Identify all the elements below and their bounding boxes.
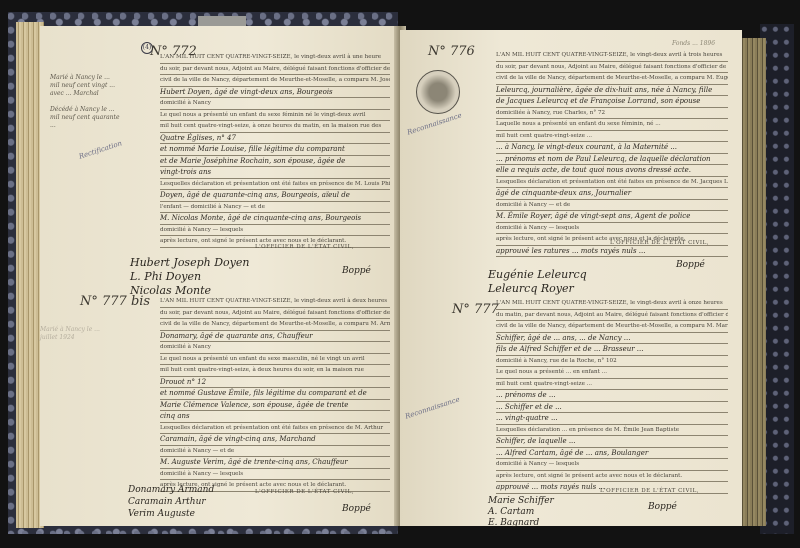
signatures: Hubert Joseph Doyen L. Phi Doyen Nicolas… [130,256,249,298]
officer-signature: Boppé [676,258,705,272]
margin-note: Décédé à Nancy le ... mil neuf cent quar… [50,106,120,130]
margin-stamp: Reconnaissance [406,111,463,136]
margin-stamp: Rectification [78,139,123,160]
officer-signature: Boppé [342,502,371,516]
official-seal [416,70,460,114]
entry-body: L'AN MIL HUIT CENT QUATRE-VINGT-SEIZE, l… [160,52,390,248]
officer-signature: Boppé [648,500,677,514]
entry-body: L'AN MIL HUIT CENT QUATRE-VINGT-SEIZE, l… [496,298,728,494]
signatures: Eugénie Leleurcq Leleurcq Royer [488,268,587,296]
left-page: (4) N° 772 Marié à Nancy le ... mil neuf… [40,26,400,526]
officer-label: L'OFFICIER DE L'ÉTAT CIVIL, [255,489,354,495]
entry-number: N° 777 [452,302,499,317]
margin-note: Marié à Nancy le ... mil neuf cent vingt… [50,74,120,98]
officer-label: L'OFFICIER DE L'ÉTAT CIVIL, [255,244,354,250]
signatures: Marie Schiffer A. Cartam E. Bagnard [488,496,554,529]
top-annotation: Fonds ... 1896 [672,40,715,47]
entry-number: N° 776 [428,44,475,59]
margin-note: Marié à Nancy le ... juillet 1924 [40,326,110,342]
page-edges-right [740,38,766,526]
officer-label: L'OFFICIER DE L'ÉTAT CIVIL, [600,488,699,494]
entry-number: N° 777 bis [80,294,150,309]
signatures: Donamary Armand Caramain Arthur Verim Au… [128,484,214,520]
margin-stamp: Reconnaissance [404,395,461,420]
officer-label: L'OFFICIER DE L'ÉTAT CIVIL, [610,240,709,246]
right-page: Fonds ... 1896 N° 776 Reconnaissance L'A… [400,30,742,526]
officer-signature: Boppé [342,264,371,278]
entry-body: L'AN MIL HUIT CENT QUATRE-VINGT-SEIZE, l… [160,296,390,492]
entry-body: L'AN MIL HUIT CENT QUATRE-VINGT-SEIZE, l… [496,50,728,257]
